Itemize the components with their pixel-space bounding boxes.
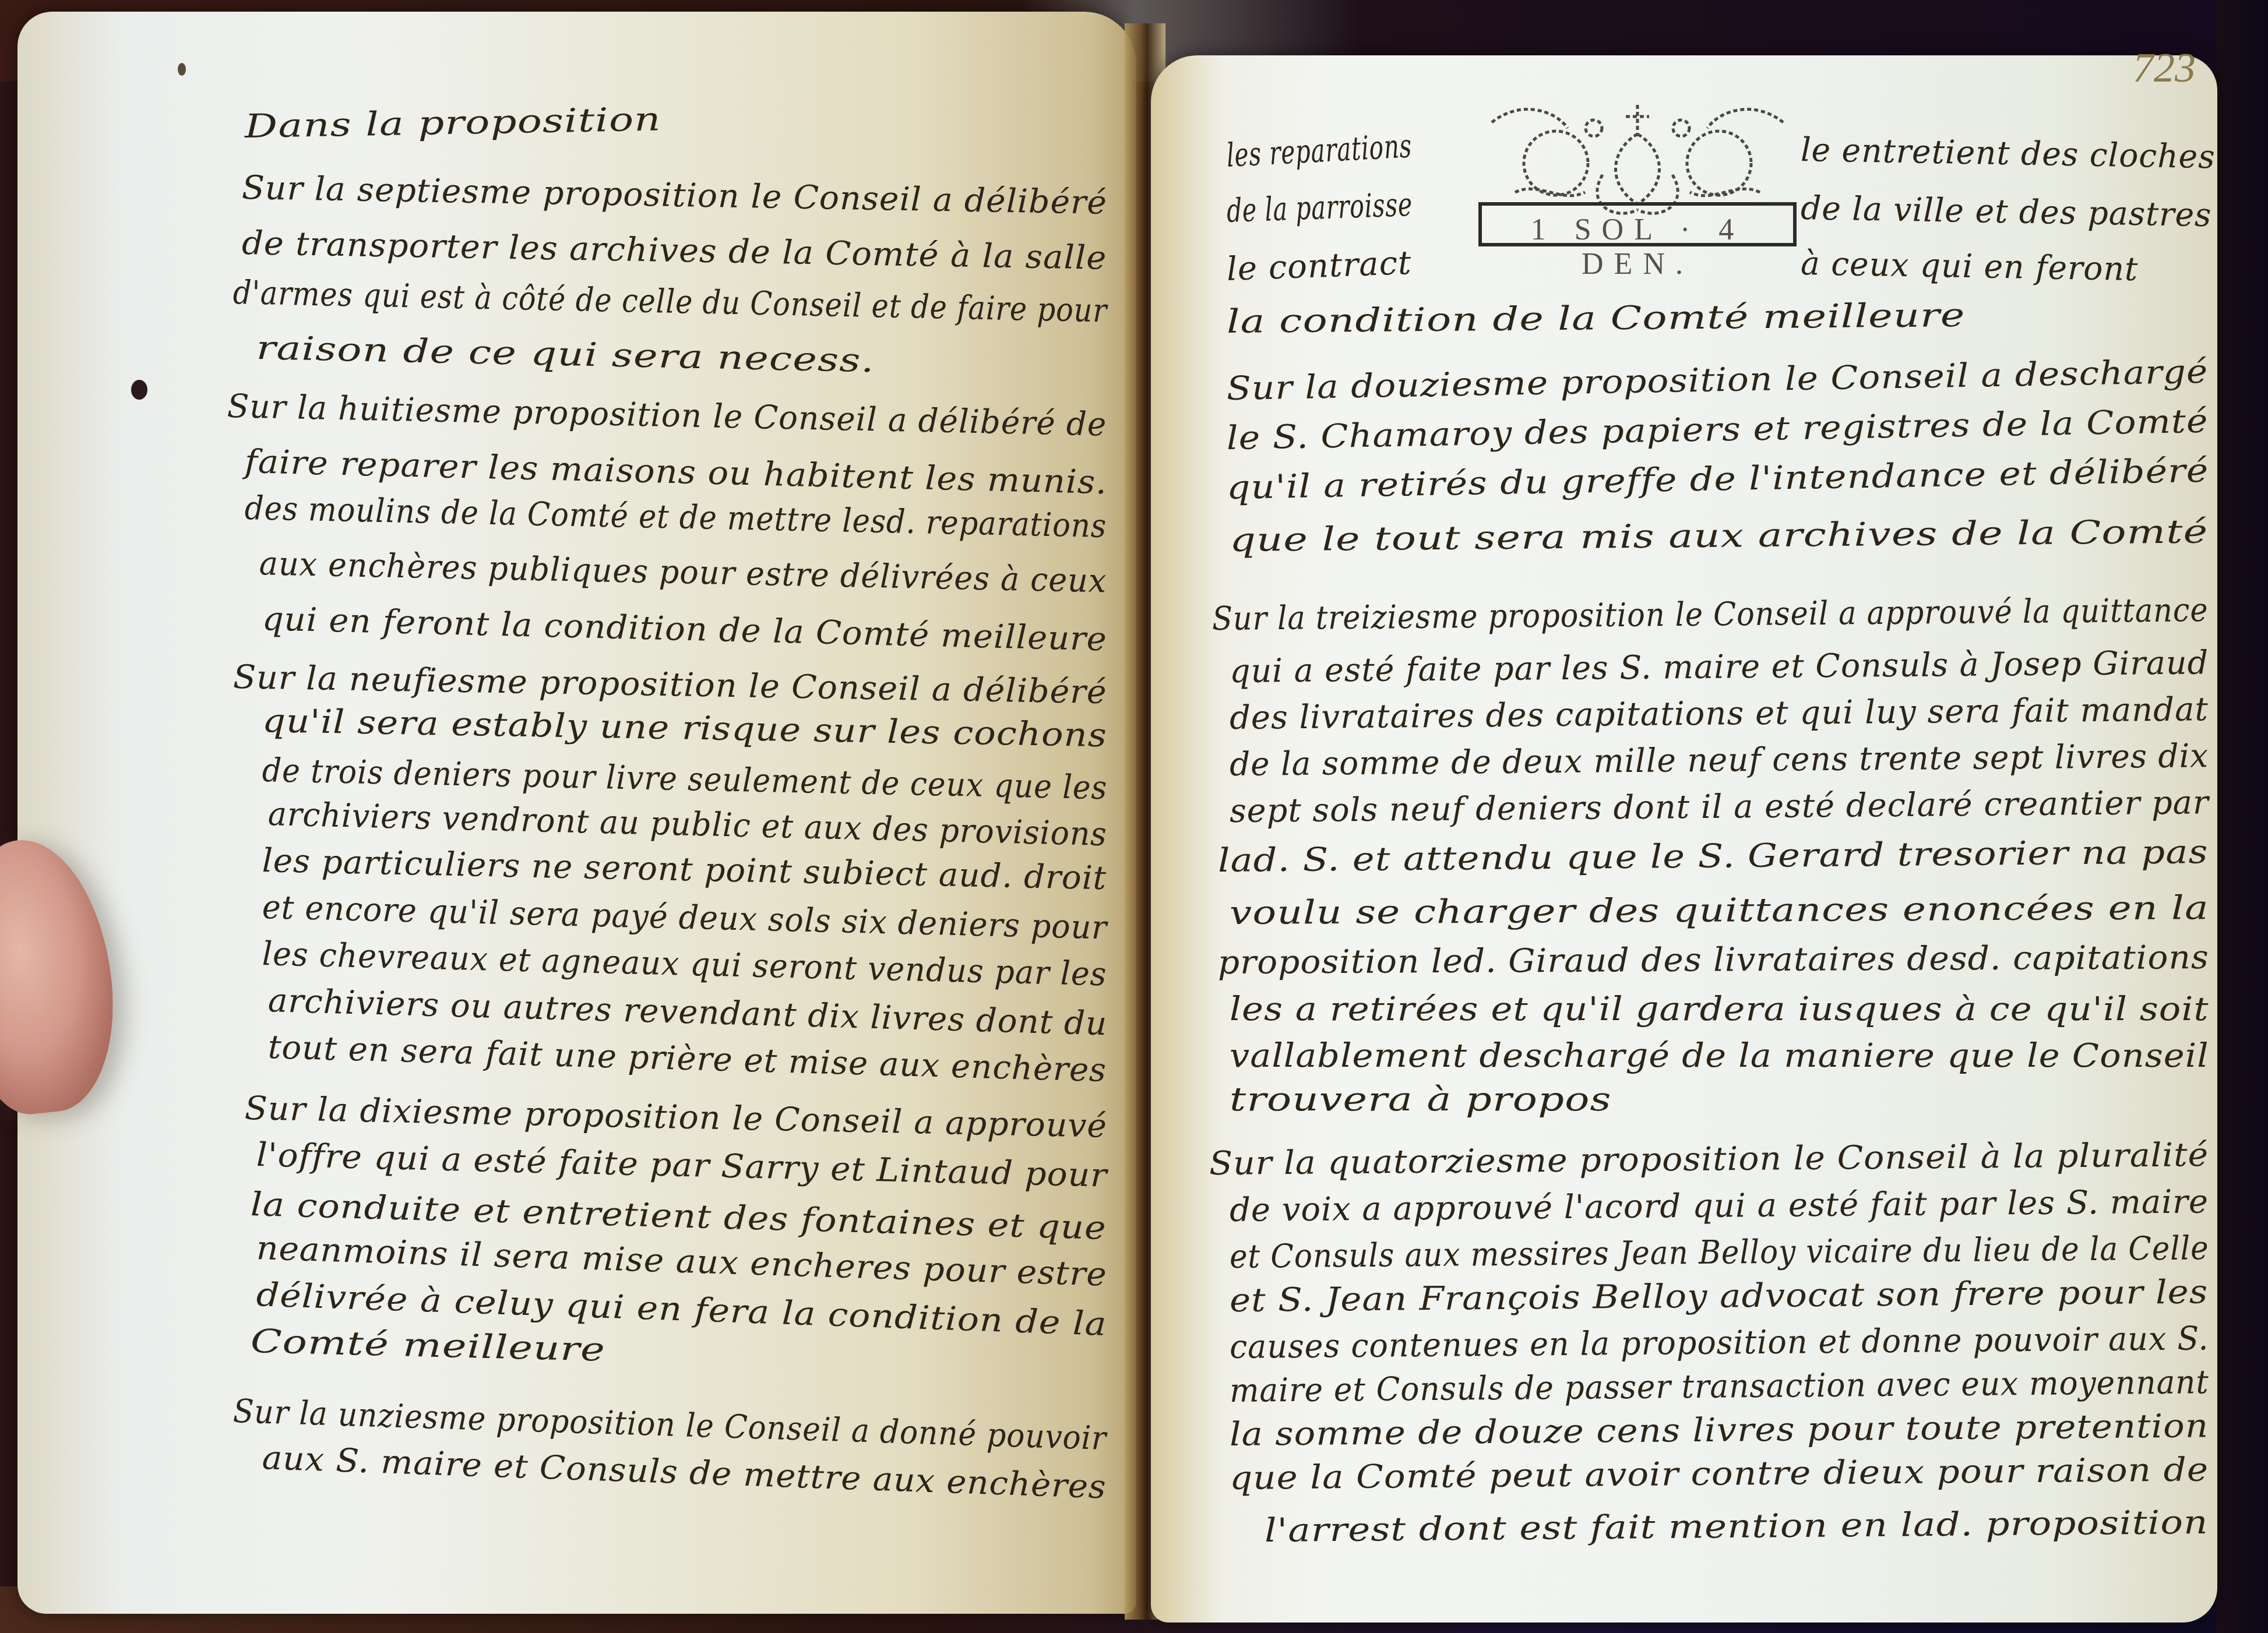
- right-page-line: trouvera à propos: [1230, 1081, 1612, 1119]
- tax-stamp: 1 SOL · 4 DEN.: [1468, 87, 1806, 262]
- right-page-line: le entretient des cloches: [1800, 131, 2216, 176]
- page-number: 723: [2133, 44, 2196, 92]
- background-right: [2216, 0, 2268, 1633]
- right-page-line: à ceux qui en feront: [1800, 245, 2138, 288]
- right-page-line: voulu se charger des quittances enoncées…: [1230, 889, 2209, 932]
- right-page-line: vallablement deschargé de la maniere que…: [1230, 1037, 2209, 1075]
- binding-hole: [131, 380, 147, 400]
- binding-hole: [178, 63, 186, 76]
- right-page-line: les a retirées et qu'il gardera iusques …: [1230, 990, 2209, 1028]
- right-page-line: proposition led. Giraud des livrataires …: [1218, 939, 2209, 982]
- right-page-line: de la ville et des pastres: [1800, 189, 2212, 234]
- left-page-line: Dans la proposition: [244, 101, 661, 146]
- right-page-line: le contract: [1226, 244, 1413, 288]
- stamp-label: 1 SOL · 4 DEN.: [1492, 213, 1783, 281]
- right-page-line: la condition de la Comté meilleure: [1227, 297, 1966, 341]
- right-page-line: de la parroisse: [1226, 186, 1413, 230]
